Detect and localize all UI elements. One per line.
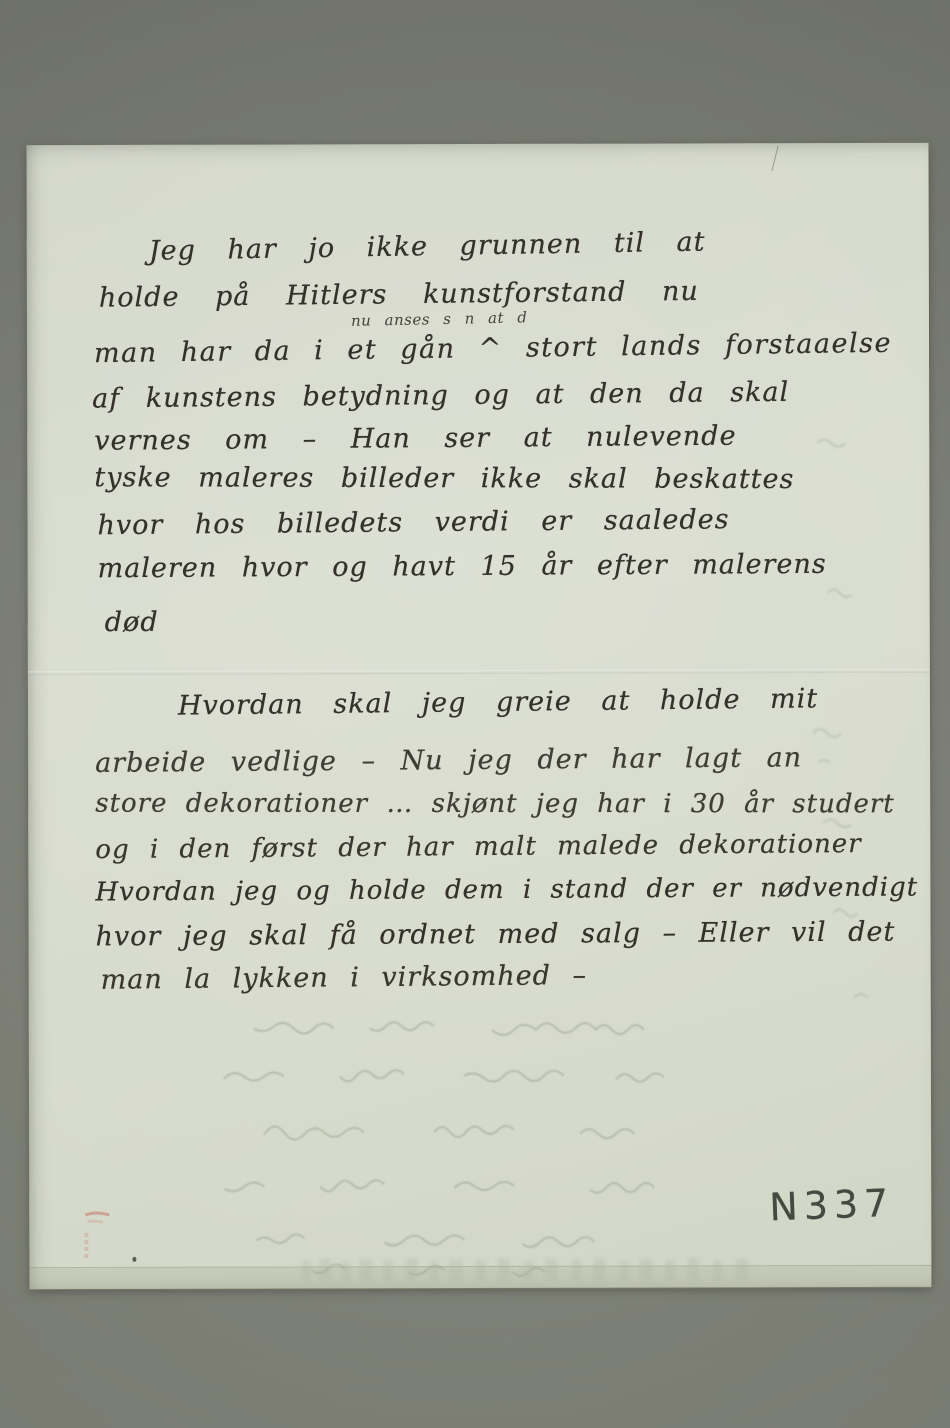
manuscript-line: hvor jeg skal få ordnet med salg – Eller… bbox=[95, 919, 895, 951]
manuscript-line: man har da i et gån ^ stort lands forsta… bbox=[94, 330, 892, 367]
manuscript-line: tyske maleres billeder ikke skal beskatt… bbox=[94, 464, 794, 493]
interline-insertion: nu anses s n at d bbox=[351, 310, 528, 329]
manuscript-line: arbeide vedlige – Nu jeg der har lagt an bbox=[95, 744, 802, 777]
bleedthrough-ghost-writing bbox=[84, 1015, 705, 1287]
manuscript-line: hvor hos billedets verdi er saaledes bbox=[97, 506, 729, 539]
ink-fleck bbox=[132, 1257, 136, 1262]
fold-crease bbox=[28, 669, 930, 675]
bleedthrough-right-margin bbox=[797, 263, 909, 1023]
manuscript-line: Jeg har jo ikke grunnen til at bbox=[149, 229, 706, 265]
manuscript-line: af kunstens betydning og at den da skal bbox=[92, 379, 789, 413]
manuscript-line: holde på Hitlers kunstforstand nu bbox=[99, 278, 699, 312]
manuscript-line: død bbox=[105, 609, 159, 636]
manuscript-line: man la lykken i virksomhed – bbox=[101, 962, 588, 994]
manuscript-line: vernes om – Han ser at nulevende bbox=[94, 423, 736, 455]
paper-scratch bbox=[771, 145, 778, 170]
manuscript-page: Jeg har jo ikke grunnen til at holde på … bbox=[27, 143, 932, 1289]
manuscript-line: og i den først der har malt malede dekor… bbox=[95, 831, 861, 863]
red-smudge-mark bbox=[77, 1207, 117, 1267]
manuscript-line: Hvordan skal jeg greie at holde mit bbox=[178, 685, 818, 719]
faint-stamp-impression bbox=[297, 1251, 777, 1288]
manuscript-line: store dekorationer … skjønt jeg har i 30… bbox=[95, 791, 895, 818]
manuscript-line: maleren hvor og havt 15 år efter maleren… bbox=[98, 551, 827, 582]
manuscript-line: Hvordan jeg og holde dem i stand der er … bbox=[95, 874, 918, 905]
archival-number: N337 bbox=[769, 1181, 896, 1230]
